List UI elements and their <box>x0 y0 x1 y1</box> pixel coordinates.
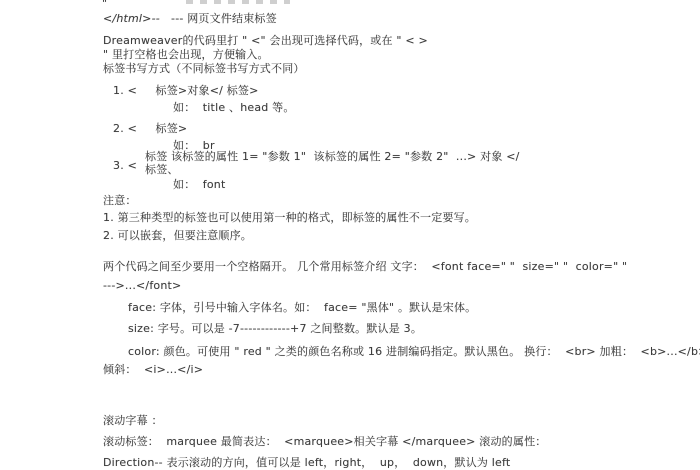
list-item-3-example: 如： font <box>173 178 225 191</box>
note-item-2: 2. 可以嵌套，但要注意顺序。 <box>103 229 252 242</box>
html-end-tag-line: </html>-- --- 网页文件结束标签 <box>103 12 277 25</box>
font-color-attribute-line: color: 颜色。可使用 " red " 之类的颜色名称或 16 进制编码指定… <box>128 345 700 358</box>
tag-writing-style-heading: 标签书写方式（不同标签书写方式不同） <box>103 62 305 75</box>
note-item-1: 1. 第三种类型的标签也可以使用第一种的格式，即标签的属性不一定要写。 <box>103 211 476 224</box>
list-item-3-marker: 3. < <box>113 159 137 172</box>
dreamweaver-tip-line-1: Dreamweaver的代码里打 " <" 会出现可选择代码，或在 " < > <box>103 34 428 47</box>
html-end-tag-label: --- 网页文件结束标签 <box>171 12 277 25</box>
list-item-3-line-1: 标签 该标签的属性 1= "参数 1" 该标签的属性 2= "参数 2" ...… <box>145 150 520 163</box>
font-tag-intro-line-2: --->...</font> <box>103 279 181 292</box>
clipped-previous-line-fragment <box>186 0 290 4</box>
html-end-tag-code: </html>-- <box>103 12 160 25</box>
note-heading: 注意： <box>103 194 137 207</box>
font-face-attribute-line: face: 字体，引号中输入字体名。如： face= "黑体" 。默认是宋体。 <box>128 301 476 314</box>
dreamweaver-tip-line-2: " 里打空格也会出现，方便输入。 <box>103 48 269 61</box>
list-item-1: 1. < 标签>对象</ 标签> <box>113 84 259 97</box>
list-item-3-line-2: 标签、 <box>145 163 179 176</box>
marquee-direction-line: Direction-- 表示滚动的方向，值可以是 left，right， up，… <box>103 456 510 469</box>
list-item-2: 2. < 标签> <box>113 122 187 135</box>
marquee-heading: 滚动字幕 ： <box>103 414 163 427</box>
italic-tag-line: 倾斜： <i>...</i> <box>103 363 203 376</box>
font-size-attribute-line: size: 字号。可以是 -7------------+7 之间整数。默认是 3… <box>128 322 422 335</box>
spacer <box>160 12 171 25</box>
stray-quote-fragment: " <box>102 0 107 10</box>
list-item-1-example: 如： title 、head 等。 <box>173 101 295 114</box>
font-tag-intro-line-1: 两个代码之间至少要用一个空格隔开。 几个常用标签介绍 文字： <font fac… <box>103 260 627 273</box>
document-page: " </html>-- --- 网页文件结束标签 Dreamweaver的代码里… <box>0 0 700 470</box>
marquee-tag-line: 滚动标签： marquee 最简表达： <marquee>相关字幕 </marq… <box>103 435 546 448</box>
